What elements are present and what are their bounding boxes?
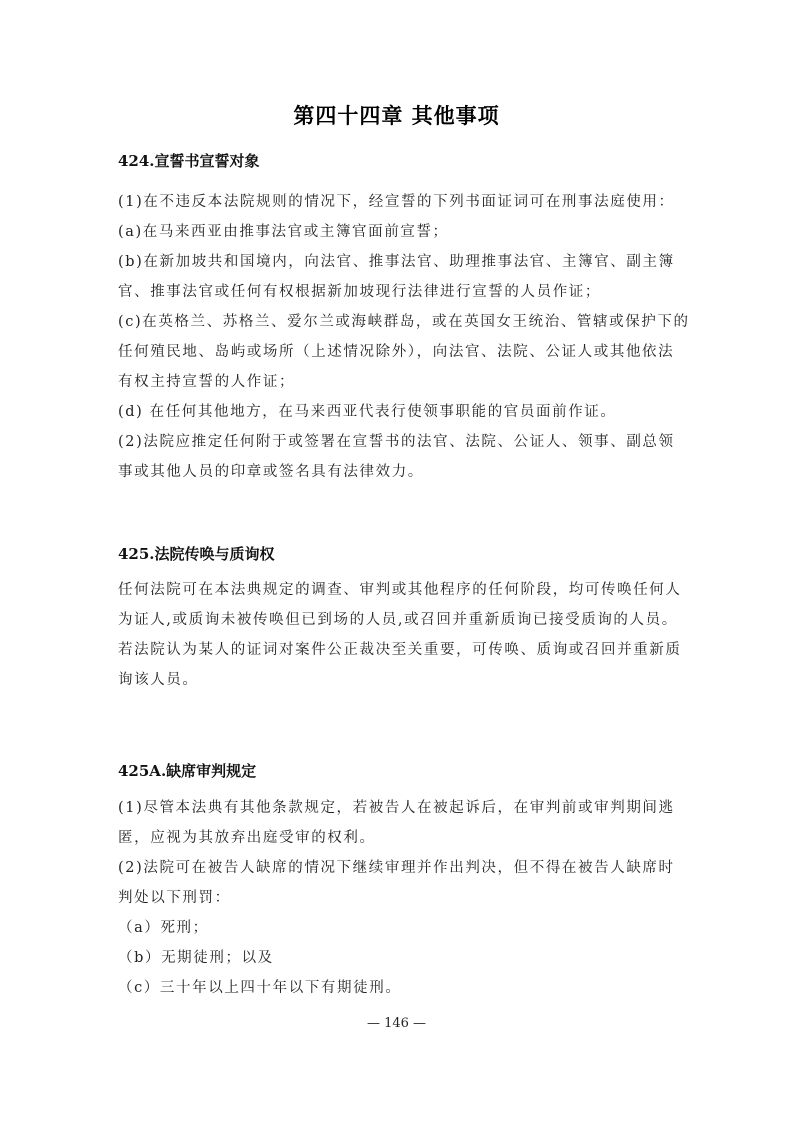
text-line: (2)法院应推定任何附于或签署在宣誓书的法官、法院、公证人、领事、副总领	[118, 427, 678, 457]
text-line: (1)在不违反本法院规则的情况下，经宣誓的下列书面证词可在刑事法庭使用：	[118, 187, 678, 217]
text-line: (2)法院可在被告人缺席的情况下继续审理并作出判决，但不得在被告人缺席时	[118, 853, 678, 883]
text-line: （c）三十年以上四十年以下有期徒刑。	[118, 973, 678, 1003]
text-line: （b）无期徒刑；以及	[118, 943, 678, 973]
section-body-424: (1)在不违反本法院规则的情况下，经宣誓的下列书面证词可在刑事法庭使用： (a)…	[118, 187, 678, 487]
text-line: 事或其他人员的印章或签名具有法律效力。	[118, 457, 678, 487]
text-line: 官、推事法官或任何有权根据新加坡现行法律进行宣誓的人员作证；	[118, 277, 678, 307]
text-line: (d) 在任何其他地方，在马来西亚代表行使领事职能的官员面前作证。	[118, 397, 678, 427]
text-line: 若法院认为某人的证词对案件公正裁决至关重要，可传唤、质询或召回并重新质	[118, 635, 678, 665]
chapter-title: 第四十四章 其他事项	[0, 100, 793, 130]
page-number: — 146 —	[0, 1016, 793, 1031]
section-heading-425: 425.法院传唤与质询权	[118, 543, 275, 564]
text-line: (c)在英格兰、苏格兰、爱尔兰或海峡群岛，或在英国女王统治、管辖或保护下的	[118, 307, 678, 337]
text-line: 匿，应视为其放弃出庭受审的权利。	[118, 823, 678, 853]
text-line: 询该人员。	[118, 665, 678, 695]
text-line: （a）死刑；	[118, 913, 678, 943]
text-line: (a)在马来西亚由推事法官或主簿官面前宣誓；	[118, 217, 678, 247]
text-line: 任何殖民地、岛屿或场所（上述情况除外），向法官、法院、公证人或其他依法	[118, 337, 678, 367]
text-line: 任何法院可在本法典规定的调查、审判或其他程序的任何阶段，均可传唤任何人	[118, 575, 678, 605]
section-body-425: 任何法院可在本法典规定的调查、审判或其他程序的任何阶段，均可传唤任何人 为证人,…	[118, 575, 678, 695]
text-line: 有权主持宣誓的人作证；	[118, 367, 678, 397]
section-body-425a: (1)尽管本法典有其他条款规定，若被告人在被起诉后，在审判前或审判期间逃 匿，应…	[118, 793, 678, 1003]
section-heading-425a: 425A.缺席审判规定	[118, 760, 256, 781]
text-line: 判处以下刑罚：	[118, 883, 678, 913]
text-line: (b)在新加坡共和国境内，向法官、推事法官、助理推事法官、主簿官、副主簿	[118, 247, 678, 277]
text-line: 为证人,或质询未被传唤但已到场的人员,或召回并重新质询已接受质询的人员。	[118, 605, 678, 635]
section-heading-424: 424.宣誓书宣誓对象	[118, 150, 260, 171]
document-page: 第四十四章 其他事项 424.宣誓书宣誓对象 (1)在不违反本法院规则的情况下，…	[0, 0, 793, 1122]
text-line: (1)尽管本法典有其他条款规定，若被告人在被起诉后，在审判前或审判期间逃	[118, 793, 678, 823]
